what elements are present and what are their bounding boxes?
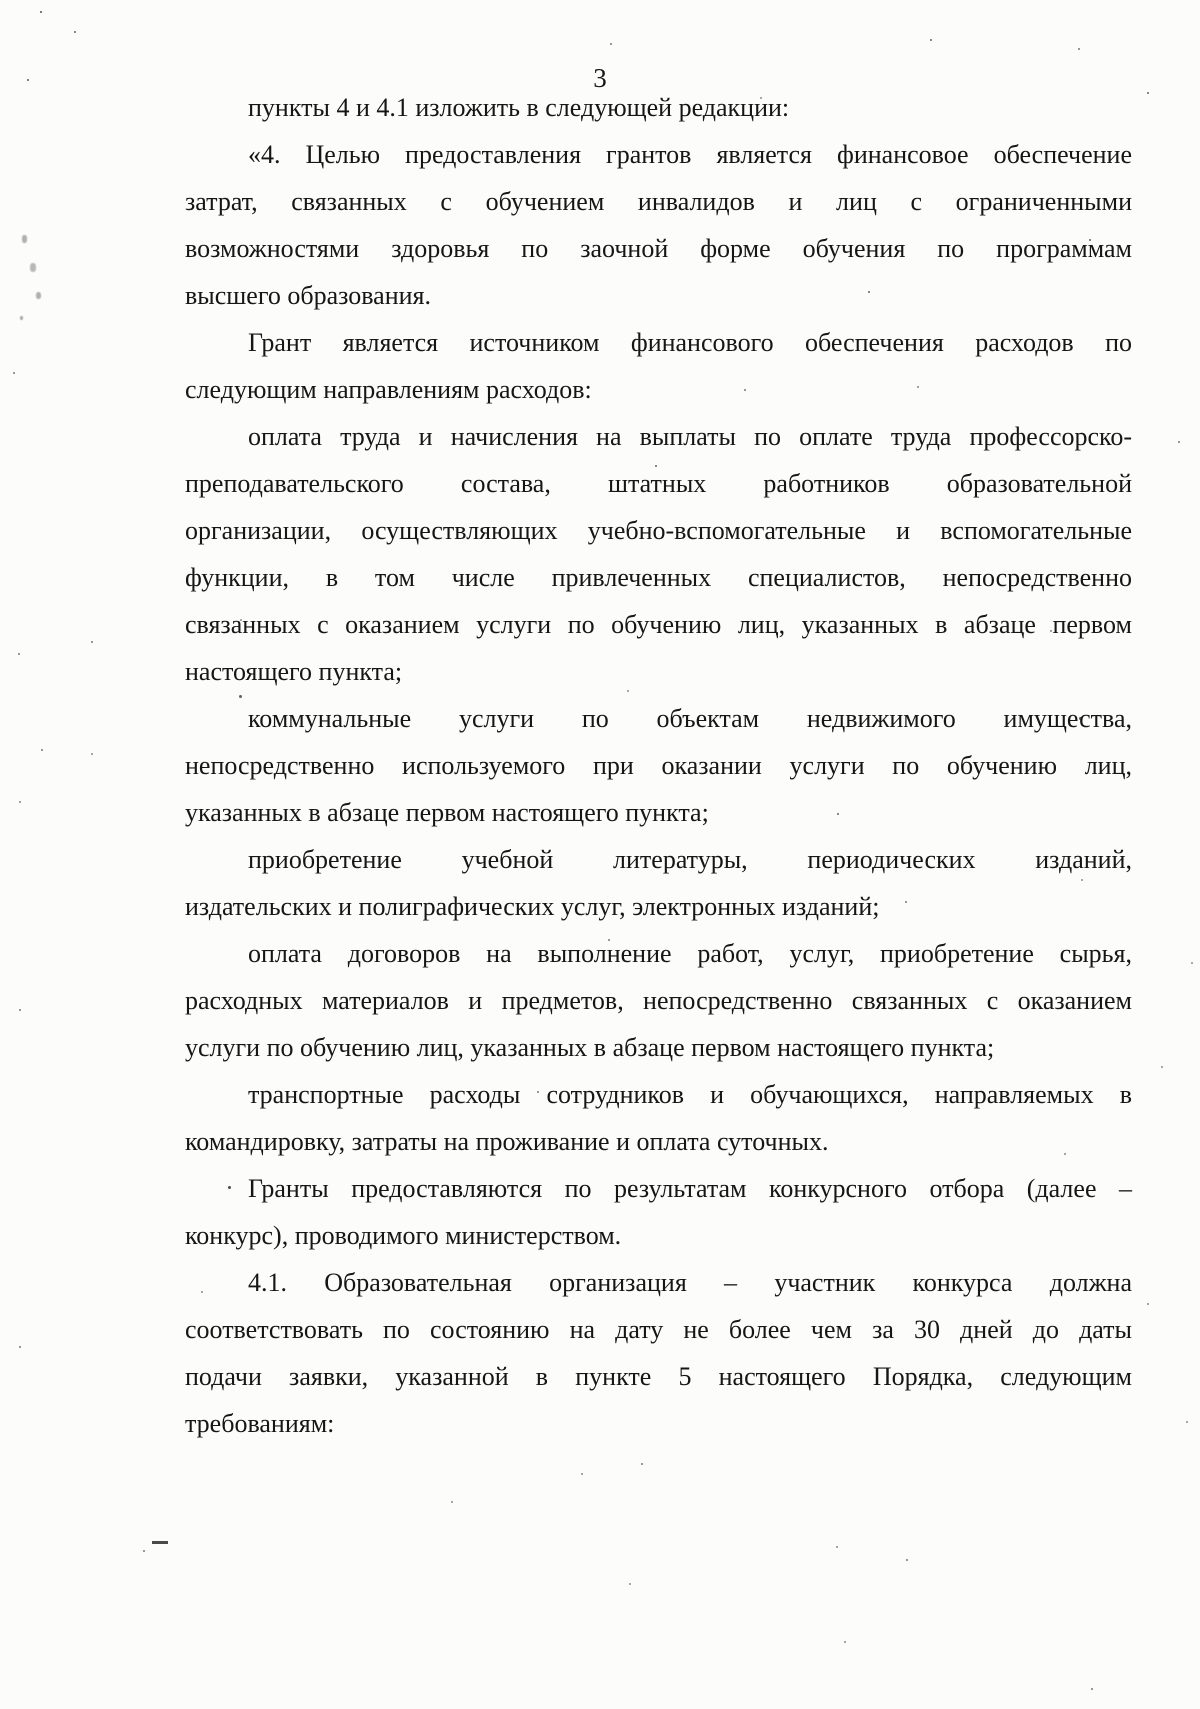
scan-speck — [1091, 1688, 1093, 1690]
paragraph: 4.1. Образовательная организация – участ… — [185, 1259, 1132, 1447]
scan-speck — [18, 653, 20, 655]
text-line: приобретение учебной литературы, периоди… — [185, 836, 1132, 883]
text-line: связанных с оказанием услуги по обучению… — [185, 601, 1132, 648]
scan-speck — [581, 1473, 583, 1475]
text-line: соответствовать по состоянию на дату не … — [185, 1306, 1132, 1353]
scan-speck — [41, 749, 43, 751]
scan-speck — [451, 1501, 453, 1503]
scan-speck — [13, 372, 15, 374]
paragraph: оплата договоров на выполнение работ, ус… — [185, 930, 1132, 1071]
scan-speck — [91, 641, 93, 643]
scan-speck — [143, 1550, 145, 1552]
text-line: расходных материалов и предметов, непоср… — [185, 977, 1132, 1024]
text-line: преподавательского состава, штатных рабо… — [185, 460, 1132, 507]
scan-smudge — [22, 235, 27, 243]
scan-smudge — [36, 292, 41, 299]
scan-speck — [930, 39, 932, 41]
text-line: услуги по обучению лиц, указанных в абза… — [185, 1024, 1132, 1071]
scan-speck — [629, 1583, 631, 1585]
text-line: следующим направлениям расходов: — [185, 366, 1132, 413]
text-line: требованиям: — [185, 1400, 1132, 1447]
paragraph: «4. Целью предоставления грантов являетс… — [185, 131, 1132, 319]
scan-speck — [836, 1546, 838, 1548]
scan-speck — [91, 753, 93, 755]
scan-speck — [1178, 441, 1180, 443]
scan-speck — [610, 43, 612, 45]
text-line: оплата труда и начисления на выплаты по … — [185, 413, 1132, 460]
text-line: пункты 4 и 4.1 изложить в следующей реда… — [185, 84, 1132, 131]
scan-speck — [1147, 1303, 1149, 1305]
text-line: непосредственно используемого при оказан… — [185, 742, 1132, 789]
text-line: «4. Целью предоставления грантов являетс… — [185, 131, 1132, 178]
scan-speck — [906, 1559, 908, 1561]
scan-speck — [19, 801, 21, 803]
paragraph: транспортные расходы сотрудников и обуча… — [185, 1071, 1132, 1165]
text-line: Гранты предоставляются по результатам ко… — [185, 1165, 1132, 1212]
text-line: организации, осуществляющих учебно-вспом… — [185, 507, 1132, 554]
text-line: командировку, затраты на проживание и оп… — [185, 1118, 1132, 1165]
text-line: функции, в том числе привлеченных специа… — [185, 554, 1132, 601]
text-line: возможностями здоровья по заочной форме … — [185, 225, 1132, 272]
scan-speck — [74, 31, 76, 33]
text-line: коммунальные услуги по объектам недвижим… — [185, 695, 1132, 742]
paragraph: оплата труда и начисления на выплаты по … — [185, 413, 1132, 695]
scan-speck — [19, 1346, 21, 1348]
text-line: 4.1. Образовательная организация – участ… — [185, 1259, 1132, 1306]
document-body: пункты 4 и 4.1 изложить в следующей реда… — [185, 84, 1132, 1447]
text-line: подачи заявки, указанной в пункте 5 наст… — [185, 1353, 1132, 1400]
scan-speck — [1161, 1066, 1163, 1068]
scan-speck — [19, 1009, 21, 1011]
text-line: оплата договоров на выполнение работ, ус… — [185, 930, 1132, 977]
scan-speck — [1186, 1421, 1188, 1423]
text-line: затрат, связанных с обучением инвалидов … — [185, 178, 1132, 225]
text-line: высшего образования. — [185, 272, 1132, 319]
paragraph: Гранты предоставляются по результатам ко… — [185, 1165, 1132, 1259]
text-line: конкурс), проводимого министерством. — [185, 1212, 1132, 1259]
document-page: 3 пункты 4 и 4.1 изложить в следующей ре… — [0, 0, 1200, 1709]
text-line: издательских и полиграфических услуг, эл… — [185, 883, 1132, 930]
text-line: транспортные расходы сотрудников и обуча… — [185, 1071, 1132, 1118]
paragraph: коммунальные услуги по объектам недвижим… — [185, 695, 1132, 836]
scan-smudge — [30, 263, 36, 272]
scan-smudge — [20, 316, 23, 320]
paragraph: пункты 4 и 4.1 изложить в следующей реда… — [185, 84, 1132, 131]
text-line: Грант является источником финансового об… — [185, 319, 1132, 366]
scan-speck — [40, 11, 42, 13]
scan-speck — [1078, 48, 1080, 50]
scan-speck — [641, 1463, 643, 1465]
scan-speck — [844, 1641, 846, 1643]
paragraph: приобретение учебной литературы, периоди… — [185, 836, 1132, 930]
scan-speck — [1191, 962, 1193, 964]
text-line: настоящего пункта; — [185, 648, 1132, 695]
scan-dash-mark — [152, 1541, 168, 1544]
paragraph: Грант является источником финансового об… — [185, 319, 1132, 413]
text-line: указанных в абзаце первом настоящего пун… — [185, 789, 1132, 836]
